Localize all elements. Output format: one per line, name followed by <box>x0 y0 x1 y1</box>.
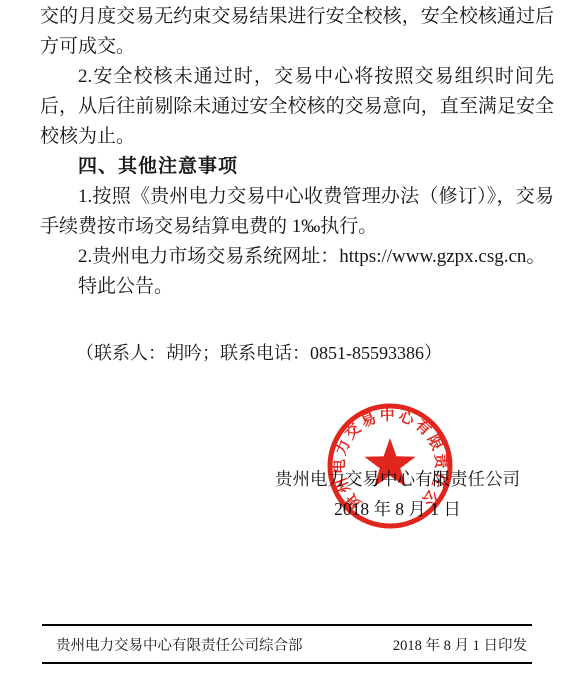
document-page: 交的月度交易无约束交易结果进行安全校核，安全校核通过后方可成交。 2.安全校核未… <box>0 0 581 683</box>
body-paragraph-closing: 特此公告。 <box>40 272 554 302</box>
footer-print-date: 2018 年 8 月 1 日印发 <box>393 634 527 655</box>
section-heading: 四、其他注意事项 <box>40 152 554 182</box>
document-body: 交的月度交易无约束交易结果进行安全校核，安全校核通过后方可成交。 2.安全校核未… <box>40 2 554 368</box>
official-seal: 贵州电力交易中心有限责任公司 <box>325 401 455 531</box>
footer-bar: 贵州电力交易中心有限责任公司综合部 2018 年 8 月 1 日印发 <box>42 624 532 664</box>
footer-issuer: 贵州电力交易中心有限责任公司综合部 <box>56 634 303 655</box>
body-paragraph-website: 2.贵州电力市场交易系统网址：https://www.gzpx.csg.cn。 <box>40 242 554 272</box>
contact-line: （联系人：胡吟；联系电话：0851-85593386） <box>40 338 554 368</box>
body-paragraph-item2: 2.安全校核未通过时，交易中心将按照交易组织时间先后，从后往前剔除未通过安全校核… <box>40 62 554 152</box>
star-icon <box>364 438 415 487</box>
body-paragraph-continuation: 交的月度交易无约束交易结果进行安全校核，安全校核通过后方可成交。 <box>40 2 554 62</box>
body-paragraph-fees: 1.按照《贵州电力交易中心收费管理办法（修订）》，交易手续费按市场交易结算电费的… <box>40 182 554 242</box>
